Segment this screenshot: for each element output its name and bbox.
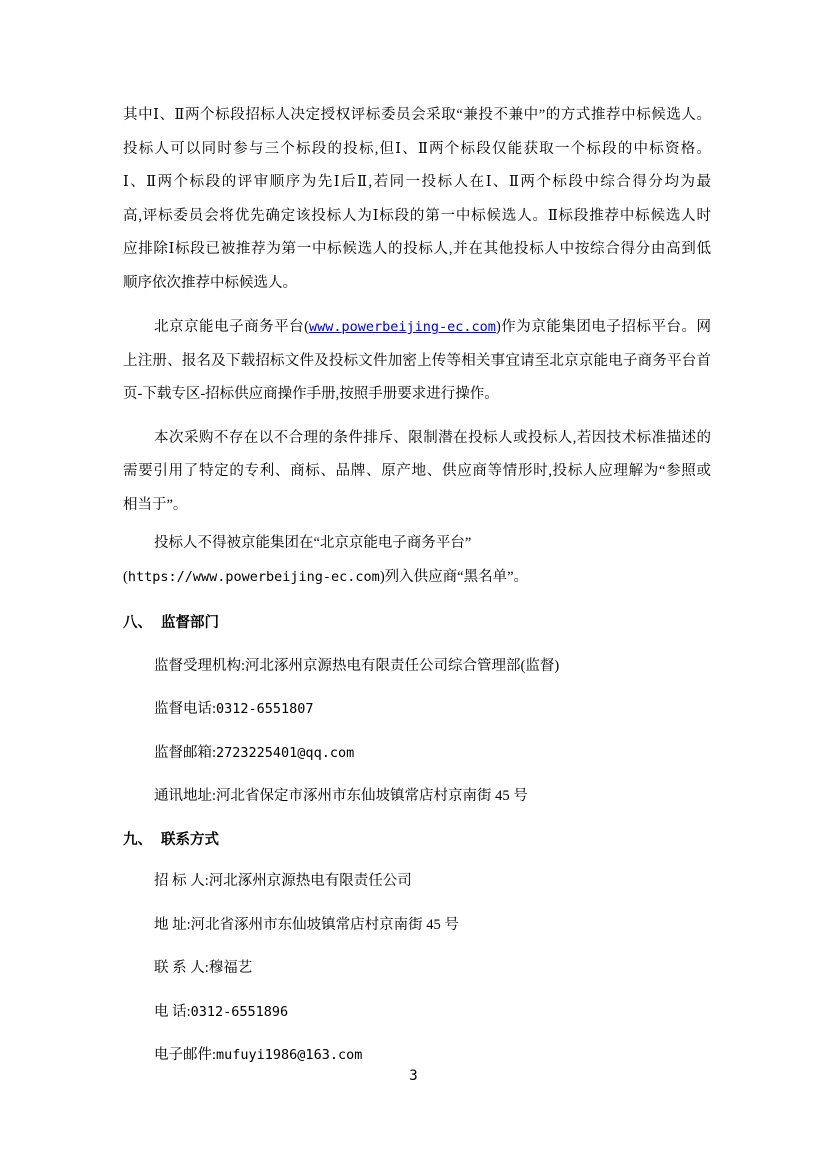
phone-line: 电 话:0312-6551896: [123, 996, 711, 1030]
supervision-phone-line: 监督电话:0312-6551807: [123, 693, 711, 727]
contact-person-label: 联 系 人:: [154, 960, 209, 976]
paragraph-fairness: 本次采购不存在以不合理的条件排斥、限制潜在投标人或投标人,若因技术标准描述的 需…: [123, 422, 711, 523]
paragraph-platform: 北京京能电子商务平台(www.powerbeijing-ec.com)作为京能集…: [123, 311, 711, 412]
paragraph-line: 顺序依次推荐中标候选人。: [123, 267, 711, 301]
paragraph-line: 上注册、报名及下载招标文件及投标文件加密上传等相关事宜请至北京京能电子商务平台首: [123, 345, 711, 379]
supervision-agency-value: 河北涿州京源热电有限责任公司综合管理部(监督): [245, 658, 559, 674]
paragraph-line: Ⅰ、Ⅱ两个标段的评审顺序为先Ⅰ后Ⅱ,若同一投标人在Ⅰ、Ⅱ两个标段中综合得分均为最: [123, 166, 711, 200]
supervision-address-label: 通讯地址:: [154, 788, 216, 804]
blacklist-text-post: )列入供应商“黑名单”。: [380, 569, 528, 585]
email-label: 电子邮件:: [154, 1047, 216, 1063]
tenderer-line: 招 标 人:河北涿州京源热电有限责任公司: [123, 865, 711, 899]
phone-value: 0312-6551896: [191, 1004, 289, 1020]
section-heading-contact: 九、联系方式: [123, 824, 711, 858]
supervision-phone-value: 0312-6551807: [216, 701, 314, 717]
paragraph-line: 应排除Ⅰ标段已被推荐为第一中标候选人的投标人,并在其他投标人中按综合得分由高到低: [123, 233, 711, 267]
platform-text-pre: 北京京能电子商务平台(: [154, 319, 309, 335]
section-title-text: 联系方式: [161, 832, 219, 848]
page-number: 3: [0, 1066, 827, 1086]
supervision-agency-label: 监督受理机构:: [154, 658, 245, 674]
paragraph-line: 投标人可以同时参与三个标段的投标,但Ⅰ、Ⅱ两个标段仅能获取一个标段的中标资格。: [123, 133, 711, 167]
blacklist-url-text: https://www.powerbeijing-ec.com: [128, 569, 380, 585]
email-value: mufuyi1986@163.com: [216, 1047, 362, 1063]
tenderer-value: 河北涿州京源热电有限责任公司: [209, 873, 412, 889]
tenderer-label: 招 标 人:: [154, 873, 209, 889]
section-title-text: 监督部门: [161, 615, 219, 631]
phone-label: 电 话:: [154, 1004, 191, 1020]
paragraph-line: 投标人不得被京能集团在“北京京能电子商务平台”: [123, 527, 711, 561]
paragraph-line: 其中Ⅰ、Ⅱ两个标段招标人决定授权评标委员会采取“兼投不兼中”的方式推荐中标候选人…: [123, 99, 711, 133]
paragraph-line: (https://www.powerbeijing-ec.com)列入供应商“黑…: [123, 561, 711, 595]
powerbeijing-website-link[interactable]: www.powerbeijing-ec.com: [309, 319, 496, 335]
document-page: 其中Ⅰ、Ⅱ两个标段招标人决定授权评标委员会采取“兼投不兼中”的方式推荐中标候选人…: [0, 0, 827, 1169]
contact-person-line: 联 系 人:穆福艺: [123, 952, 711, 986]
paragraph-line: 页-下载专区-招标供应商操作手册,按照手册要求进行操作。: [123, 378, 711, 412]
paragraph-lot-rules: 其中Ⅰ、Ⅱ两个标段招标人决定授权评标委员会采取“兼投不兼中”的方式推荐中标候选人…: [123, 99, 711, 300]
address-line: 地 址:河北省涿州市东仙坡镇常店村京南街 45 号: [123, 909, 711, 943]
supervision-email-line: 监督邮箱:2723225401@qq.com: [123, 737, 711, 771]
address-value: 河北省涿州市东仙坡镇常店村京南街 45 号: [191, 917, 459, 933]
section-number: 八、: [123, 615, 152, 631]
paragraph-line: 需要引用了特定的专利、商标、品牌、原产地、供应商等情形时,投标人应理解为“参照或: [123, 455, 711, 489]
document-content: 其中Ⅰ、Ⅱ两个标段招标人决定授权评标委员会采取“兼投不兼中”的方式推荐中标候选人…: [123, 99, 711, 1083]
supervision-email-label: 监督邮箱:: [154, 745, 216, 761]
paragraph-line: 高,评标委员会将优先确定该投标人为Ⅰ标段的第一中标候选人。Ⅱ标段推荐中标候选人时: [123, 200, 711, 234]
supervision-phone-label: 监督电话:: [154, 701, 216, 717]
section-number: 九、: [123, 832, 152, 848]
supervision-email-value: 2723225401@qq.com: [216, 745, 354, 761]
paragraph-line: 本次采购不存在以不合理的条件排斥、限制潜在投标人或投标人,若因技术标准描述的: [123, 422, 711, 456]
paragraph-line: 相当于”。: [123, 489, 711, 523]
supervision-agency-line: 监督受理机构:河北涿州京源热电有限责任公司综合管理部(监督): [123, 650, 711, 684]
supervision-address-value: 河北省保定市涿州市东仙坡镇常店村京南街 45 号: [216, 788, 528, 804]
supervision-address-line: 通讯地址:河北省保定市涿州市东仙坡镇常店村京南街 45 号: [123, 780, 711, 814]
section-heading-supervision: 八、监督部门: [123, 607, 711, 641]
address-label: 地 址:: [154, 917, 191, 933]
paragraph-blacklist: 投标人不得被京能集团在“北京京能电子商务平台” (https://www.pow…: [123, 527, 711, 594]
paragraph-line: 北京京能电子商务平台(www.powerbeijing-ec.com)作为京能集…: [123, 311, 711, 345]
contact-person-value: 穆福艺: [209, 960, 253, 976]
platform-text-post: )作为京能集团电子招标平台。网: [496, 319, 711, 335]
